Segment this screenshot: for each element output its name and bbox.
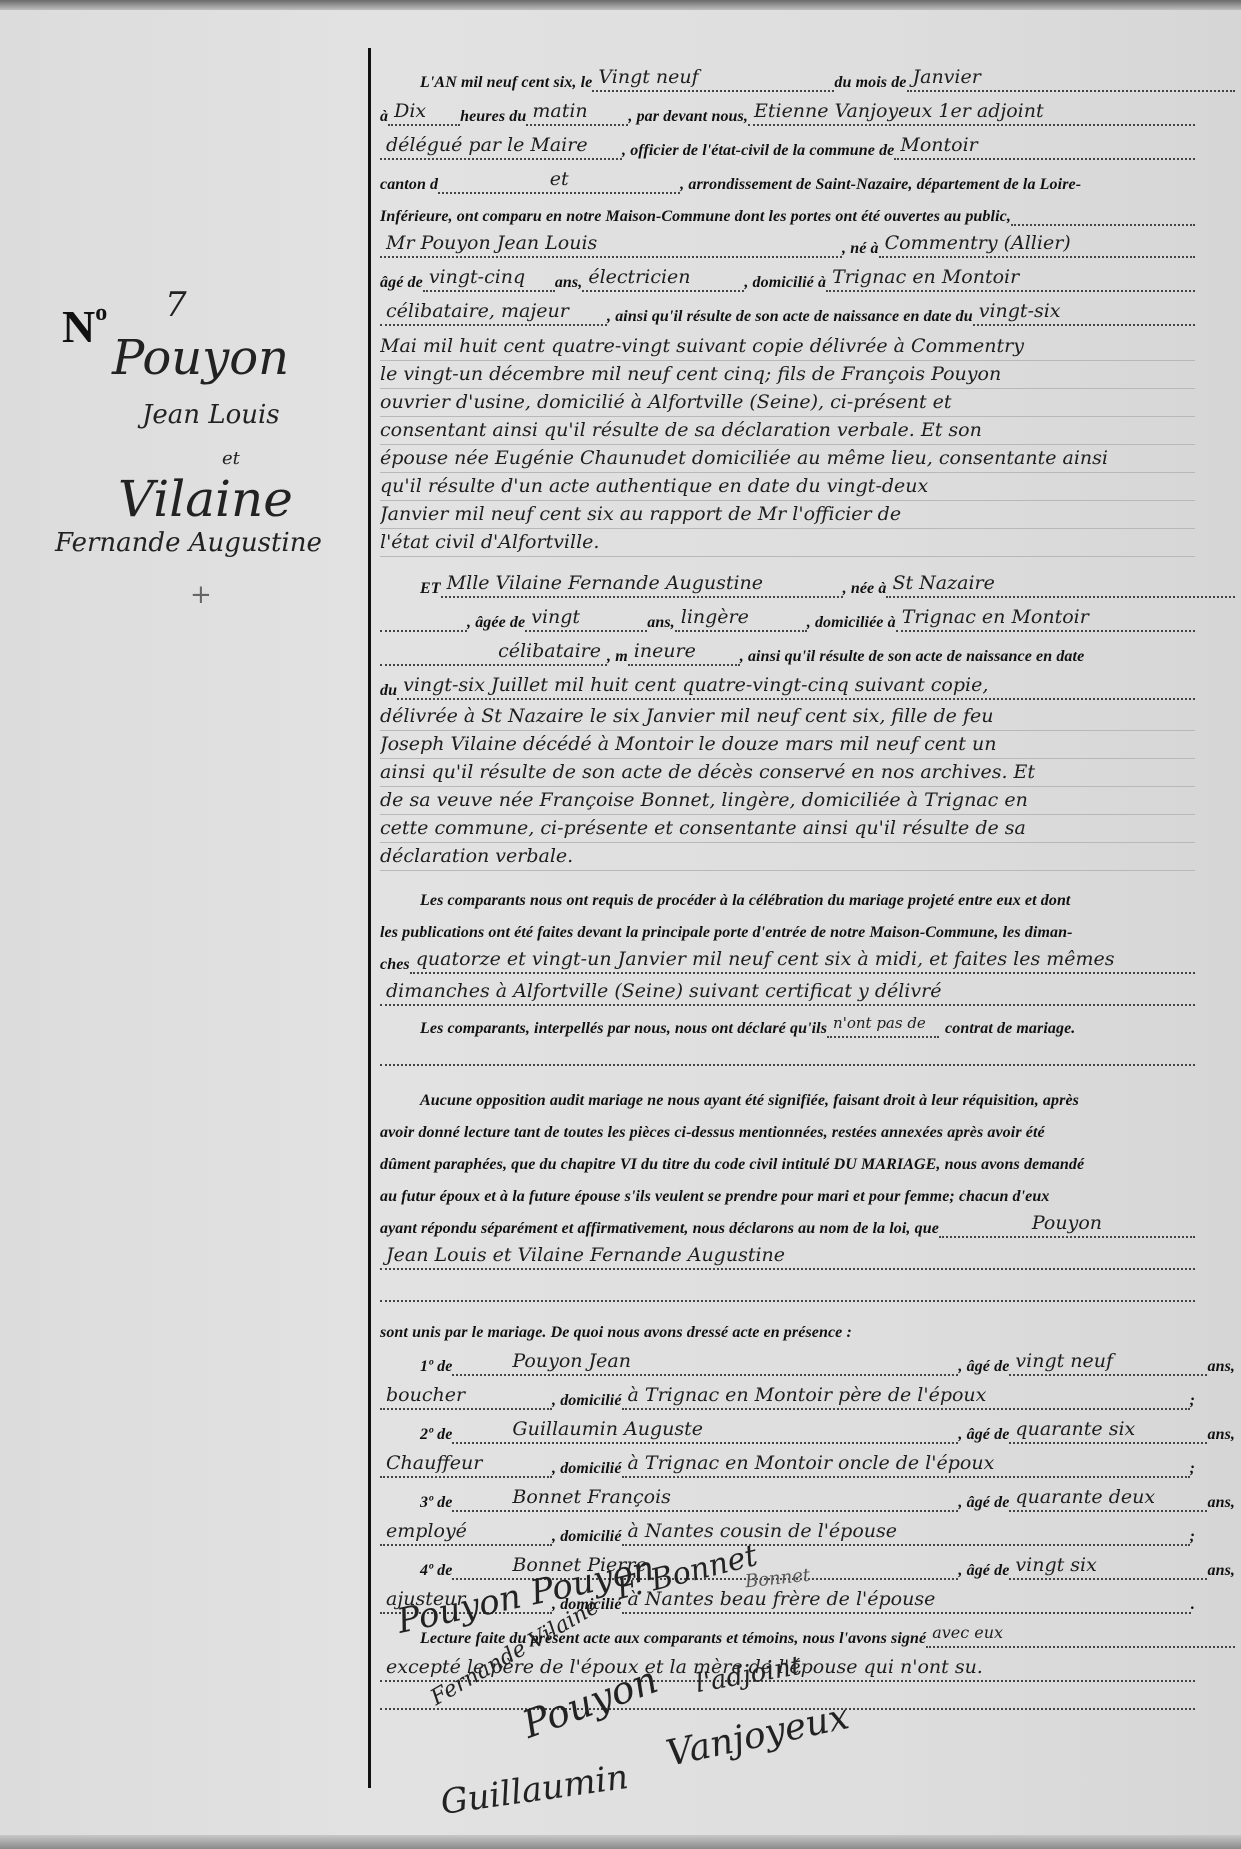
delegate-field: délégué par le Maire	[380, 132, 622, 160]
blank-field	[1011, 198, 1195, 226]
groom-profession-field: électricien	[582, 264, 744, 292]
bride-domicile-field: Trignac en Montoir	[896, 604, 1195, 632]
declared-names-field: Jean Louis et Vilaine Fernande Augustine	[380, 1242, 1195, 1270]
groom-text-line: Janvier mil neuf cent six au rapport de …	[380, 500, 1195, 529]
form-text: 1º de	[420, 1358, 452, 1376]
label-text: ET	[420, 580, 441, 598]
witness-2-line-1: 2º de Guillaumin Auguste , âgé de quaran…	[380, 1414, 1235, 1444]
form-text: , âgé de	[958, 1494, 1009, 1512]
hour-field: Dix	[388, 98, 460, 126]
declaration-line-1: Aucune opposition audit mariage ne nous …	[380, 1080, 1235, 1110]
bride-name-field: Mlle Vilaine Fernande Augustine	[441, 570, 843, 598]
witness-2-line-2: Chauffeur , domicilié à Trignac en Monto…	[380, 1448, 1195, 1478]
form-text: 4º de	[420, 1562, 452, 1580]
bride-text-line: déclaration verbale.	[380, 842, 1195, 871]
witness-domicile-field: à Nantes cousin de l'épouse	[622, 1518, 1190, 1546]
publications-line-1: Les comparants nous ont requis de procéd…	[380, 880, 1235, 910]
form-text: ans,	[1207, 1358, 1235, 1376]
form-text: ;	[1190, 1528, 1195, 1546]
groom-text-line: ouvrier d'usine, domicilié à Alfortville…	[380, 388, 1195, 417]
witness-profession-field: Chauffeur	[380, 1450, 552, 1478]
day-field: Vingt neuf	[592, 64, 834, 92]
form-text: avoir donné lecture tant de toutes les p…	[380, 1124, 1045, 1142]
form-text: , domicilié	[552, 1460, 622, 1478]
header-text: à	[380, 108, 388, 126]
margin-vertical-rule	[368, 48, 371, 1788]
form-text: .	[1191, 1596, 1195, 1614]
label-text: , domicilié à	[744, 274, 826, 292]
groom-line-3: célibataire, majeur , ainsi qu'il résult…	[380, 296, 1195, 326]
witness-profession-field: boucher	[380, 1382, 552, 1410]
groom-birthplace-field: Commentry (Allier)	[879, 230, 1195, 258]
declaration-line-3: dûment paraphées, que du chapitre VI du …	[380, 1144, 1195, 1174]
witness-3-line-2: employé , domicilié à Nantes cousin de l…	[380, 1516, 1195, 1546]
header-text: , arrondissement de Saint-Nazaire, dépar…	[680, 176, 1081, 194]
witness-domicile-field: à Trignac en Montoir père de l'époux	[622, 1382, 1190, 1410]
label-text: , âgée de	[467, 614, 525, 632]
groom-line-1: Mr Pouyon Jean Louis , né à Commentry (A…	[380, 228, 1195, 258]
form-text: ans,	[1207, 1562, 1235, 1580]
witness-domicile-field: à Nantes beau frère de l'épouse	[622, 1586, 1191, 1614]
bride-text-line: délivrée à St Nazaire le six Janvier mil…	[380, 702, 1195, 731]
form-text: , âgé de	[958, 1562, 1009, 1580]
header-line-1: L'AN mil neuf cent six, le Vingt neuf du…	[380, 62, 1235, 92]
bride-line-2: , âgée de vingt ans, lingère , domicilié…	[380, 602, 1195, 632]
label-text: ans,	[555, 274, 583, 292]
witness-name-field: Bonnet François	[452, 1484, 958, 1512]
bride-civil-status-field: célibataire	[380, 638, 607, 666]
united-line: sont unis par le mariage. De quoi nous a…	[380, 1312, 1195, 1342]
month-field: Janvier	[907, 64, 1236, 92]
bride-text-line: Joseph Vilaine décédé à Montoir le douze…	[380, 730, 1195, 759]
canton-field: et	[438, 166, 680, 194]
header-text: heures du	[460, 108, 526, 126]
groom-name-field: Mr Pouyon Jean Louis	[380, 230, 842, 258]
bride-age-field: vingt	[525, 604, 647, 632]
form-text: les publications ont été faites devant l…	[380, 924, 1073, 942]
scan-bottom-edge	[0, 1835, 1241, 1849]
form-text: , âgé de	[958, 1358, 1009, 1376]
bride-text-line: cette commune, ci-présente et consentant…	[380, 814, 1195, 843]
groom-birth-date-field: vingt-six	[973, 298, 1195, 326]
blank-field	[380, 604, 467, 632]
header-text: Inférieure, ont comparu en notre Maison-…	[380, 208, 1011, 226]
form-text: Aucune opposition audit mariage ne nous …	[420, 1092, 1079, 1110]
label-text: âgé de	[380, 274, 423, 292]
form-text: ;	[1190, 1392, 1195, 1410]
form-text: , âgé de	[958, 1426, 1009, 1444]
header-text: du mois de	[834, 74, 906, 92]
declared-names-field: Pouyon	[939, 1210, 1195, 1238]
witness-age-field: vingt six	[1009, 1552, 1207, 1580]
groom-age-field: vingt-cinq	[423, 264, 555, 292]
form-text: Les comparants nous ont requis de procéd…	[420, 892, 1070, 910]
groom-status-field: célibataire, majeur	[380, 298, 607, 326]
witness-age-field: vingt neuf	[1009, 1348, 1207, 1376]
form-text: Lecture faite du présent acte aux compar…	[420, 1630, 926, 1648]
declaration-line-6: Jean Louis et Vilaine Fernande Augustine	[380, 1240, 1195, 1270]
form-text: ;	[1190, 1460, 1195, 1478]
form-text: au futur époux et à la future épouse s'i…	[380, 1188, 1050, 1206]
publications-line-4: dimanches à Alfortville (Seine) suivant …	[380, 976, 1195, 1006]
bride-profession-field: lingère	[675, 604, 807, 632]
groom-text-line: qu'il résulte d'un acte authentique en d…	[380, 472, 1195, 501]
declaration-line-2: avoir donné lecture tant de toutes les p…	[380, 1112, 1195, 1142]
margin-bride-given: Fernande Augustine	[55, 528, 322, 558]
form-text: , domicilié	[552, 1528, 622, 1546]
bride-text-line: de sa veuve née Françoise Bonnet, lingèr…	[380, 786, 1195, 815]
form-text: dûment paraphées, que du chapitre VI du …	[380, 1156, 1084, 1174]
groom-text-line: épouse née Eugénie Chaunudet domiciliée …	[380, 444, 1195, 473]
witness-name-field: Guillaumin Auguste	[452, 1416, 958, 1444]
label-text: ans,	[647, 614, 675, 632]
margin-groom-surname: Pouyon	[112, 330, 289, 386]
bride-line-3: célibataire , m ineure , ainsi qu'il rés…	[380, 636, 1195, 666]
margin-mark: +	[190, 580, 212, 610]
header-line-3: délégué par le Maire , officier de l'éta…	[380, 130, 1195, 160]
groom-text-line: consentant ainsi qu'il résulte de sa déc…	[380, 416, 1195, 445]
officer-field: Etienne Vanjoyeux 1er adjoint	[748, 98, 1195, 126]
margin-and: et	[222, 448, 240, 469]
label-text: , ainsi qu'il résulte de son acte de nai…	[607, 308, 973, 326]
witness-3-line-1: 3º de Bonnet François , âgé de quarante …	[380, 1482, 1235, 1512]
label-text: , née à	[843, 580, 887, 598]
witness-age-field: quarante six	[1009, 1416, 1207, 1444]
form-text: 3º de	[420, 1494, 452, 1512]
form-text: ans,	[1207, 1494, 1235, 1512]
scan-top-edge	[0, 0, 1241, 10]
document-page: No 7 Pouyon Jean Louis et Vilaine Fernan…	[0, 0, 1241, 1849]
header-text: , officier de l'état-civil de la commune…	[622, 142, 894, 160]
form-text: 2º de	[420, 1426, 452, 1444]
margin-groom-given: Jean Louis	[142, 400, 280, 430]
form-text: sont unis par le mariage. De quoi nous a…	[380, 1324, 852, 1342]
declaration-line-5: ayant répondu séparément et affirmativem…	[380, 1208, 1195, 1238]
groom-text-line: le vingt-un décembre mil neuf cent cinq;…	[380, 360, 1195, 389]
groom-line-2: âgé de vingt-cinq ans, électricien , dom…	[380, 262, 1195, 292]
bride-text-line: ainsi qu'il résulte de son acte de décès…	[380, 758, 1195, 787]
label-text: , domiciliée à	[807, 614, 896, 632]
label-text: , m	[607, 648, 628, 666]
witness-name-field: Pouyon Jean	[452, 1348, 958, 1376]
witness-profession-field: employé	[380, 1518, 552, 1546]
commune-field: Montoir	[894, 132, 1195, 160]
record-number-label: No	[62, 300, 107, 353]
form-text: Les comparants, interpellés par nous, no…	[420, 1020, 827, 1038]
bride-birthplace-field: St Nazaire	[886, 570, 1235, 598]
closing-field: avec eux	[926, 1620, 1235, 1648]
bride-line-4: du vingt-six Juillet mil huit cent quatr…	[380, 670, 1195, 700]
publications-place-field: dimanches à Alfortville (Seine) suivant …	[380, 978, 1195, 1006]
record-number: 7	[165, 285, 187, 325]
time-of-day-field: matin	[526, 98, 628, 126]
groom-domicile-field: Trignac en Montoir	[826, 264, 1195, 292]
header-line-2: à Dix heures du matin , par devant nous,…	[380, 96, 1195, 126]
number-label-sup: o	[95, 300, 107, 326]
header-text: , par devant nous,	[628, 108, 748, 126]
signature-witness-2: Guillaumin	[438, 1757, 631, 1823]
margin-bride-surname: Vilaine	[118, 470, 293, 528]
header-line-4: canton d et , arrondissement de Saint-Na…	[380, 164, 1195, 194]
bride-birth-date-field: vingt-six Juillet mil huit cent quatre-v…	[397, 672, 1195, 700]
bride-age-status-field: ineure	[628, 638, 740, 666]
number-label-text: N	[62, 301, 95, 352]
label-text: , né à	[842, 240, 879, 258]
publications-line-3: ches quatorze et vingt-un Janvier mil ne…	[380, 944, 1195, 974]
header-text: L'AN mil neuf cent six, le	[420, 74, 592, 92]
form-text: , domicilié	[552, 1392, 622, 1410]
contract-field: n'ont pas de	[827, 1010, 939, 1038]
contract-line: Les comparants, interpellés par nous, no…	[380, 1008, 1235, 1038]
declaration-line-4: au futur époux et à la future épouse s'i…	[380, 1176, 1195, 1206]
witness-1-line-2: boucher , domicilié à Trignac en Montoir…	[380, 1380, 1195, 1410]
witness-1-line-1: 1º de Pouyon Jean , âgé de vingt neuf an…	[380, 1346, 1235, 1376]
publications-dates-field: quatorze et vingt-un Janvier mil neuf ce…	[410, 946, 1195, 974]
label-text: , ainsi qu'il résulte de son acte de nai…	[740, 648, 1085, 666]
form-text: ans,	[1207, 1426, 1235, 1444]
groom-text-line: l'état civil d'Alfortville.	[380, 528, 1195, 557]
groom-text-line: Mai mil huit cent quatre-vingt suivant c…	[380, 332, 1195, 361]
publications-line-2: les publications ont été faites devant l…	[380, 912, 1195, 942]
label-text: du	[380, 682, 397, 700]
blank-dotted-line	[380, 1064, 1195, 1066]
header-line-5: Inférieure, ont comparu en notre Maison-…	[380, 196, 1195, 226]
bride-line-1: ET Mlle Vilaine Fernande Augustine , née…	[380, 568, 1235, 598]
form-text: ayant répondu séparément et affirmativem…	[380, 1220, 939, 1238]
blank-dotted-line	[380, 1300, 1195, 1302]
header-text: canton d	[380, 176, 438, 194]
witness-age-field: quarante deux	[1009, 1484, 1207, 1512]
form-text: contrat de mariage.	[939, 1020, 1075, 1038]
form-text: ches	[380, 956, 410, 974]
witness-domicile-field: à Trignac en Montoir oncle de l'époux	[622, 1450, 1190, 1478]
